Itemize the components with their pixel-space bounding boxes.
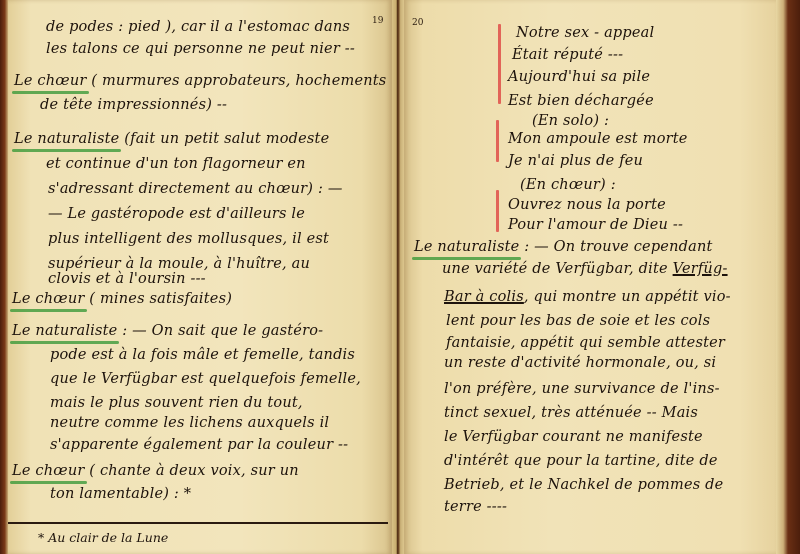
speaker-name: Le naturaliste xyxy=(14,130,119,148)
song-line: Mon ampoule est morte xyxy=(508,130,688,148)
text-line: — Le gastéropode est d'ailleurs le xyxy=(48,205,305,223)
text-line: neutre comme les lichens auxquels il xyxy=(50,414,329,432)
speaker-line: Le chœur ( murmures approbateurs, hochem… xyxy=(14,72,386,90)
song-line: Je n'ai plus de feu xyxy=(508,152,643,170)
text-line: clovis et à l'oursin --- xyxy=(48,270,206,288)
speaker-line: Le naturaliste : — On trouve cependant xyxy=(414,238,713,256)
red-margin-bar xyxy=(498,24,501,104)
song-line: Ouvrez nous la porte xyxy=(508,196,666,214)
speaker-name: Le naturaliste xyxy=(414,238,519,256)
open-notebook: 19 de podes : pied ), car il a l'estomac… xyxy=(0,0,800,554)
text-line: d'intérêt que pour la tartine, dite de xyxy=(444,452,718,470)
right-page: 20 Notre sex - appeal Était réputé --- A… xyxy=(404,0,776,554)
text-line: s'apparente également par la couleur -- xyxy=(50,436,348,454)
song-line: Pour l'amour de Dieu -- xyxy=(508,216,683,234)
text-line: de tête impressionnés) -- xyxy=(40,96,227,114)
stage-direction: (En chœur) : xyxy=(520,176,616,194)
text-line: Bar à colis, qui montre un appétit vio- xyxy=(444,288,731,306)
speaker-line: Le chœur ( chante à deux voix, sur un xyxy=(12,462,299,480)
text-line: ton lamentable) : * xyxy=(50,485,191,503)
text-line: un reste d'activité hormonale, ou, si xyxy=(444,354,716,372)
text-line: de podes : pied ), car il a l'estomac da… xyxy=(46,18,350,36)
text-line: une variété de Verfügbar, dite Verfüg- xyxy=(442,260,728,278)
speaker-name: Le naturaliste xyxy=(12,322,117,340)
footnote-divider xyxy=(8,522,388,524)
text-line: que le Verfügbar est quelquefois femelle… xyxy=(50,370,361,388)
page-number: 20 xyxy=(412,18,423,28)
text-line: terre ---- xyxy=(444,498,507,516)
left-page: 19 de podes : pied ), car il a l'estomac… xyxy=(8,0,392,554)
book-cover-edge-right xyxy=(776,0,800,554)
page-number: 19 xyxy=(372,16,383,26)
text-line: tinct sexuel, très atténuée -- Mais xyxy=(444,404,698,422)
speaker-name: Le chœur xyxy=(14,72,87,90)
text-line: lent pour les bas de soie et les cols xyxy=(446,312,710,330)
text-line: fantaisie, appétit qui semble attester xyxy=(446,334,725,352)
text-line: les talons ce qui personne ne peut nier … xyxy=(46,40,355,58)
text-line: Betrieb, et le Nachkel de pommes de xyxy=(444,476,723,494)
text-line: mais le plus souvent rien du tout, xyxy=(50,394,303,412)
text-line: plus intelligent des mollusques, il est xyxy=(48,230,329,248)
text-line: le Verfügbar courant ne manifeste xyxy=(444,428,703,446)
book-cover-edge-left xyxy=(0,0,8,554)
red-margin-bar xyxy=(496,190,499,232)
speaker-name: Le chœur xyxy=(12,290,85,308)
footnote: * Au clair de la Lune xyxy=(38,530,168,545)
song-line: Aujourd'hui sa pile xyxy=(508,68,650,86)
stage-direction: (En solo) : xyxy=(532,112,609,130)
speaker-line: Le naturaliste : — On sait que le gastér… xyxy=(12,322,323,340)
text-line: et continue d'un ton flagorneur en xyxy=(46,155,306,173)
book-gutter xyxy=(392,0,404,554)
text-line: pode est à la fois mâle et femelle, tand… xyxy=(50,346,355,364)
song-line: Est bien déchargée xyxy=(508,92,654,110)
speaker-line: Le naturaliste (fait un petit salut mode… xyxy=(14,130,329,148)
speaker-line: Le chœur ( mines satisfaites) xyxy=(12,290,232,308)
red-margin-bar xyxy=(496,120,499,162)
song-line: Notre sex - appeal xyxy=(516,24,654,42)
speaker-name: Le chœur xyxy=(12,462,85,480)
text-line: l'on préfère, une survivance de l'ins- xyxy=(444,380,720,398)
song-line: Était réputé --- xyxy=(512,46,623,64)
text-line: s'adressant directement au chœur) : — xyxy=(48,180,343,198)
